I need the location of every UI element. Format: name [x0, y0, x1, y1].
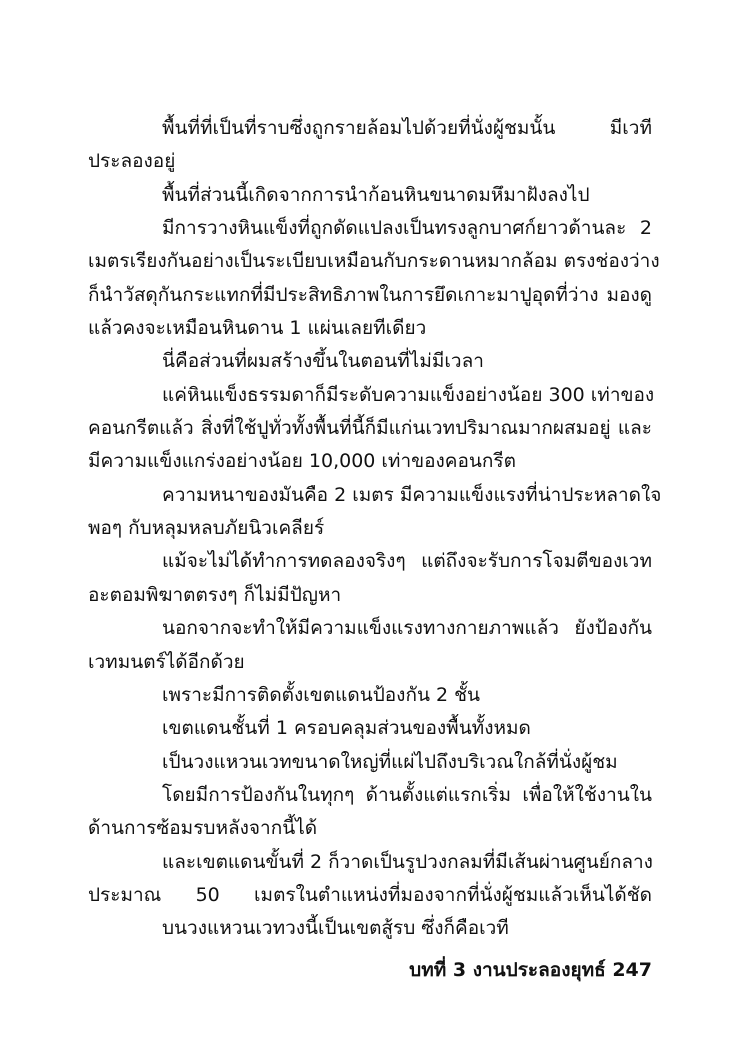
- text-line: นี่คือส่วนที่ผมสร้างขึ้นในตอนที่ไม่มีเวล…: [88, 345, 652, 378]
- text-line: โดยมีการป้องกันในทุกๆ ด้านตั้งแต่แรกเริ่…: [88, 779, 652, 812]
- text-line: พื้นที่ที่เป็นที่ราบซึ่งถูกรายล้อมไปด้วย…: [88, 112, 652, 145]
- text-line: เป็นวงแหวนเวทขนาดใหญ่ที่แผ่ไปถึงบริเวณใก…: [88, 746, 652, 779]
- text-line: ความหนาของมันคือ 2 เมตร มีความแข็งแรงที่…: [88, 479, 652, 512]
- text-line: มีการวางหินแข็งที่ถูกดัดแปลงเป็นทรงลูกบา…: [88, 212, 652, 245]
- text-line: บนวงแหวนเวทวงนี้เป็นเขตสู้รบ ซึ่งก็คือเว…: [88, 912, 652, 945]
- text-line: เวทมนตร์ได้อีกด้วย: [88, 646, 652, 679]
- text-line: และเขตแดนขั้นที่ 2 ก็วาดเป็นรูปวงกลมที่ม…: [88, 846, 652, 879]
- text-line: เมตรเรียงกันอย่างเป็นระเบียบเหมือนกับกระ…: [88, 245, 652, 278]
- page-footer-chapter-label: บทที่ 3 งานประลองยุทธ์ 247: [406, 955, 652, 985]
- page-body: พื้นที่ที่เป็นที่ราบซึ่งถูกรายล้อมไปด้วย…: [88, 112, 652, 946]
- text-line: เพราะมีการติดตั้งเขตแดนป้องกัน 2 ชั้น: [88, 679, 652, 712]
- text-line: ประมาณ 50 เมตรในตำแหน่งที่มองจากที่นั่งผ…: [88, 879, 652, 912]
- text-line: คอนกรีตแล้ว สิ่งที่ใช้ปูทั่วทั้งพื้นที่น…: [88, 412, 652, 445]
- text-line: มีความแข็งแกร่งอย่างน้อย 10,000 เท่าของค…: [88, 445, 652, 478]
- text-line: นอกจากจะทำให้มีความแข็งแรงทางกายภาพแล้ว …: [88, 612, 652, 645]
- text-line: พอๆ กับหลุมหลบภัยนิวเคลียร์: [88, 512, 652, 545]
- text-line: ประลองอยู่: [88, 145, 652, 178]
- text-line: ด้านการซ้อมรบหลังจากนี้ได้: [88, 812, 652, 845]
- text-line: แม้จะไม่ได้ทำการทดลองจริงๆ แต่ถึงจะรับกา…: [88, 545, 652, 578]
- text-line: ก็นำวัสดุกันกระแทกที่มีประสิทธิภาพในการย…: [88, 279, 652, 312]
- text-line: แล้วคงจะเหมือนหินดาน 1 แผ่นเลยทีเดียว: [88, 312, 652, 345]
- text-line: เขตแดนชั้นที่ 1 ครอบคลุมส่วนของพื้นทั้งห…: [88, 712, 652, 745]
- text-line: พื้นที่ส่วนนี้เกิดจากการนำก้อนหินขนาดมหึ…: [88, 179, 652, 212]
- text-line: แค่หินแข็งธรรมดาก็มีระดับความแข็งอย่างน้…: [88, 379, 652, 412]
- text-line: อะตอมพิฆาตตรงๆ ก็ไม่มีปัญหา: [88, 579, 652, 612]
